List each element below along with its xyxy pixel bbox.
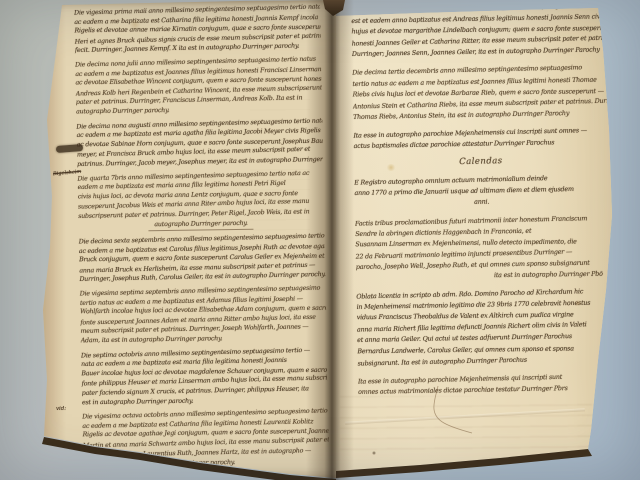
- stain: [128, 20, 142, 29]
- register-entry: Oblata licentia in scripto ab adm. Rdo. …: [356, 286, 611, 368]
- register-entry: Ita esse in autographo parochiae Mejenhe…: [353, 125, 607, 152]
- register-entry: E Registro autographo omnium actuum matr…: [354, 173, 609, 211]
- register-entry: Die decima nona augusti anno millesimo s…: [76, 117, 323, 170]
- left-page-text: Die vigesima prima maii anno millesimo s…: [74, 3, 329, 476]
- register-entry: Die decima sexta septembris anno millesi…: [79, 232, 326, 285]
- photo-background: Die vigesima prima maii anno millesimo s…: [0, 0, 640, 480]
- manuscript-line: autographo Durringer parochy.: [149, 219, 254, 231]
- stain: [372, 451, 376, 455]
- register-entry: Factis tribus proclamationibus futuri ma…: [355, 213, 610, 284]
- marginal-note: vid:: [56, 406, 66, 412]
- register-entry: Die vigesima prima maii anno millesimo s…: [74, 3, 321, 56]
- manuscript-line: anni.: [355, 195, 609, 209]
- register-entry: Die decima nona julii anno millesimo sep…: [75, 55, 322, 117]
- manuscript-line: ita est in autographo Durringer Pbō: [494, 269, 610, 282]
- right-page-text: Die vigesima nona octobris anno millesim…: [351, 0, 612, 404]
- register-entry: Ita esse in autographo parochiae Mejenhe…: [358, 371, 612, 398]
- register-entry: Die vigesima septima septembris anno mil…: [80, 284, 327, 346]
- stain: [574, 300, 582, 306]
- stain: [386, 164, 396, 171]
- register-entry: Die vigesima octava octobris anno milles…: [82, 407, 329, 471]
- register-entry: Die quarta 7bris anno millesimo septinge…: [77, 169, 324, 233]
- register-entry: Die decima tertia decembris anno millesi…: [352, 63, 607, 123]
- register-entry: Die septima octobris anno millesimo sept…: [81, 346, 328, 408]
- register-entry: Die vigesima nona octobris anno millesim…: [351, 0, 606, 60]
- ink-showthrough: [340, 396, 592, 458]
